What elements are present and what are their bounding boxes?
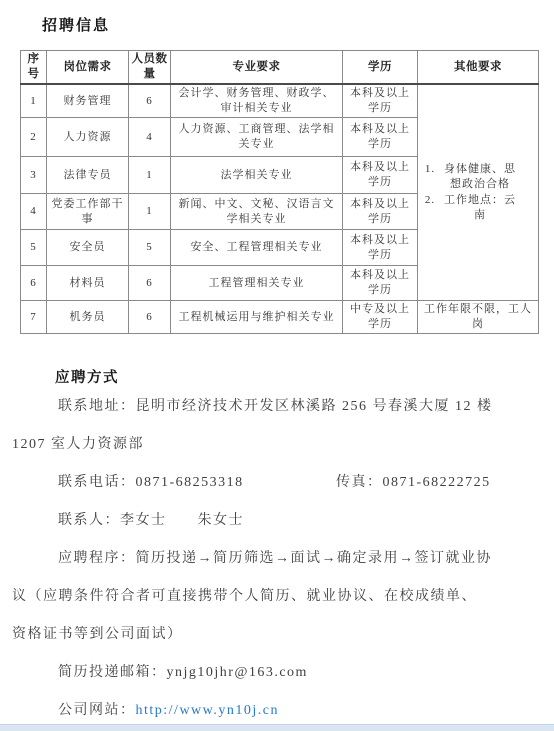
procedure-line2: 议（应聘条件符合者可直接携带个人简历、就业协议、在校成绩单、: [12, 578, 542, 616]
email-value: ynjg10jhr@163.com: [167, 665, 308, 680]
recruitment-table: 序号 岗位需求 人员数量 专业要求 学历 其他要求 1 财务管理 6 会计学、财…: [20, 50, 539, 334]
cell-headcount: 4: [129, 118, 171, 157]
cell-education: 本科及以上学历: [343, 84, 418, 118]
apply-info-block: 联系地址：昆明市经济技术开发区林溪路 256 号春溪大厦 12 楼 1207 室…: [12, 388, 542, 730]
cell-other: 工作年限不限，工人岗: [418, 301, 539, 334]
cell-headcount: 1: [129, 194, 171, 230]
other-item-text: 工作地点：云南: [440, 193, 520, 223]
cell-education: 本科及以上学历: [343, 230, 418, 266]
cell-position: 法律专员: [47, 157, 129, 194]
cell-education: 本科及以上学历: [343, 194, 418, 230]
header-cell-major: 专业要求: [171, 51, 343, 85]
cell-position: 机务员: [47, 301, 129, 334]
cell-position: 人力资源: [47, 118, 129, 157]
cell-education: 本科及以上学历: [343, 266, 418, 301]
other-requirement-item: 2. 工作地点：云南: [420, 193, 536, 223]
website-link[interactable]: http://www.yn10j.cn: [136, 703, 279, 718]
cell-position: 安全员: [47, 230, 129, 266]
cell-no: 4: [21, 194, 47, 230]
other-item-number: 2.: [420, 193, 440, 208]
header-cell-other: 其他要求: [418, 51, 539, 85]
procedure-line1: 应聘程序：简历投递→简历筛选→面试→确定录用→签订就业协: [12, 540, 542, 578]
table-header-row: 序号 岗位需求 人员数量 专业要求 学历 其他要求: [21, 51, 539, 85]
other-item-number: 1.: [420, 162, 440, 177]
website-label: 公司网站：: [58, 703, 136, 718]
cell-no: 6: [21, 266, 47, 301]
cell-position: 财务管理: [47, 84, 129, 118]
page-edge-bar: [0, 724, 554, 731]
cell-major: 会计学、财务管理、财政学、审计相关专业: [171, 84, 343, 118]
table-row: 1 财务管理 6 会计学、财务管理、财政学、审计相关专业 本科及以上学历 1. …: [21, 84, 539, 118]
cell-position: 材料员: [47, 266, 129, 301]
cell-headcount: 6: [129, 266, 171, 301]
cell-education: 本科及以上学历: [343, 118, 418, 157]
other-requirement-item: 1. 身体健康、思想政治合格: [420, 162, 536, 192]
cell-headcount: 6: [129, 84, 171, 118]
header-cell-headcount: 人员数量: [129, 51, 171, 85]
cell-no: 3: [21, 157, 47, 194]
cell-no: 1: [21, 84, 47, 118]
section-title-apply: 应聘方式: [55, 368, 554, 388]
cell-education: 本科及以上学历: [343, 157, 418, 194]
cell-major: 安全、工程管理相关专业: [171, 230, 343, 266]
cell-no: 5: [21, 230, 47, 266]
cell-major: 工程管理相关专业: [171, 266, 343, 301]
cell-other-merged: 1. 身体健康、思想政治合格 2. 工作地点：云南: [418, 84, 539, 301]
cell-major: 法学相关专业: [171, 157, 343, 194]
cell-headcount: 1: [129, 157, 171, 194]
cell-position: 党委工作部干事: [47, 194, 129, 230]
cell-major: 工程机械运用与维护相关专业: [171, 301, 343, 334]
table-row: 7 机务员 6 工程机械运用与维护相关专业 中专及以上学历 工作年限不限，工人岗: [21, 301, 539, 334]
cell-headcount: 5: [129, 230, 171, 266]
email-label: 简历投递邮箱：: [58, 665, 167, 680]
other-item-text: 身体健康、思想政治合格: [440, 162, 520, 192]
cell-major: 新闻、中文、文秘、汉语言文学相关专业: [171, 194, 343, 230]
procedure-line3: 资格证书等到公司面试）: [12, 616, 542, 654]
header-cell-education: 学历: [343, 51, 418, 85]
contact-person: 联系人：李女士 朱女士: [12, 502, 542, 540]
contact-fax: 传真：0871-68222725: [336, 464, 491, 502]
email-line: 简历投递邮箱：ynjg10jhr@163.com: [12, 654, 542, 692]
cell-headcount: 6: [129, 301, 171, 334]
contact-phone-fax-line: 联系电话：0871-68253318 传真：0871-68222725: [12, 464, 542, 502]
contact-phone: 联系电话：0871-68253318: [58, 475, 244, 490]
cell-major: 人力资源、工商管理、法学相关专业: [171, 118, 343, 157]
document-page: 招聘信息 序号 岗位需求 人员数量 专业要求 学历 其他要求 1 财务管理 6 …: [0, 0, 554, 731]
cell-education: 中专及以上学历: [343, 301, 418, 334]
page-title: 招聘信息: [0, 0, 554, 36]
header-cell-no: 序号: [21, 51, 47, 85]
contact-address-line2: 1207 室人力资源部: [12, 426, 542, 464]
contact-address-line1: 联系地址：昆明市经济技术开发区林溪路 256 号春溪大厦 12 楼: [12, 388, 542, 426]
cell-no: 7: [21, 301, 47, 334]
header-cell-position: 岗位需求: [47, 51, 129, 85]
cell-no: 2: [21, 118, 47, 157]
